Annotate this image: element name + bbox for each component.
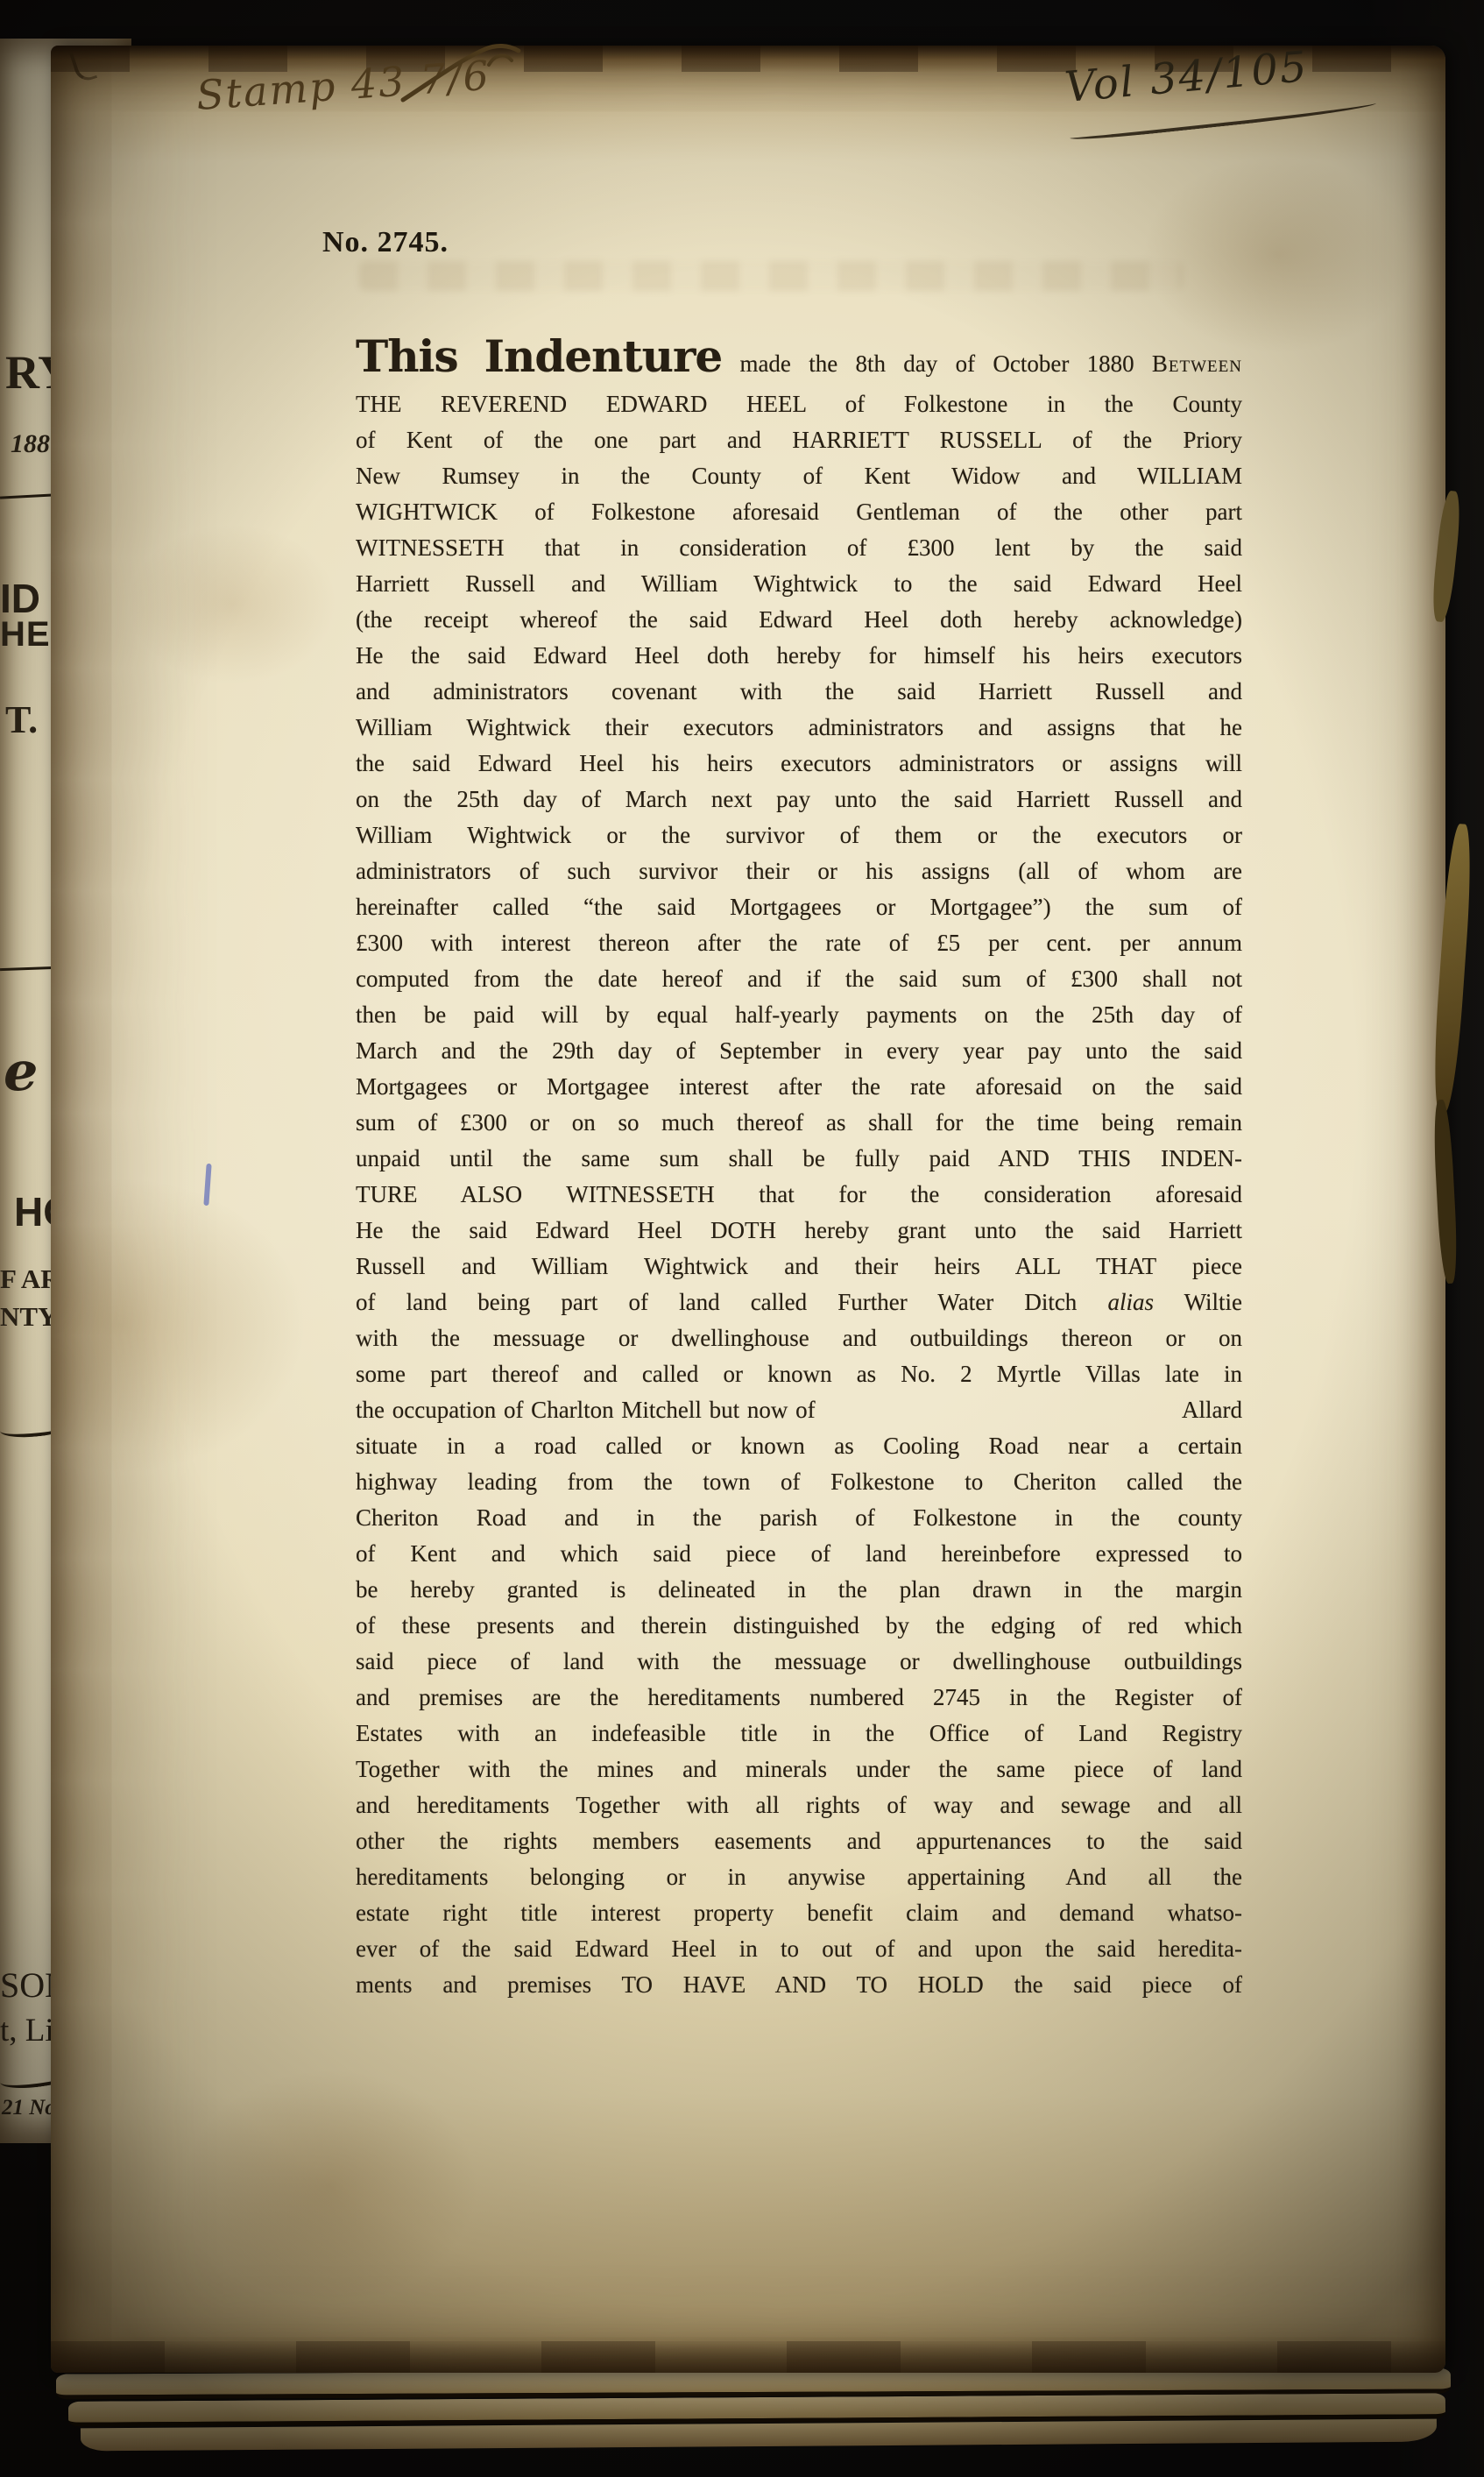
- deed-page: Stamp 43 7/6 Vol 34/105 No. 2745. This I…: [51, 46, 1445, 2373]
- fragment-rule: [0, 493, 54, 499]
- deed-text-segment: Between: [1152, 350, 1242, 377]
- deed-text-line: £300 with interest thereon after the rat…: [356, 925, 1242, 961]
- stamp-annotation-handwriting: Stamp 43 7/6: [182, 42, 603, 158]
- deed-text-line: William Wightwick their executors admini…: [356, 710, 1242, 746]
- deed-text-line: unpaid until the same sum shall be fully…: [356, 1141, 1242, 1177]
- deed-text-line: other the rights members easements and a…: [356, 1823, 1242, 1859]
- deed-text-line: of land being part of land called Furthe…: [356, 1285, 1242, 1320]
- deed-text-line: sum of £300 or on so much thereof as sha…: [356, 1105, 1242, 1141]
- deed-text-line: March and the 29th day of September in e…: [356, 1033, 1242, 1069]
- volume-annotation-text: Vol 34/105: [1063, 42, 1310, 112]
- showthrough-smudge: [359, 261, 1183, 291]
- deed-text-line: of Kent and which said piece of land her…: [356, 1536, 1242, 1572]
- page-bottom-burn: [51, 2341, 1445, 2373]
- deed-text-line: with the messuage or dwellinghouse and o…: [356, 1320, 1242, 1356]
- page-fragment: T.: [5, 697, 38, 742]
- deed-text-line: administrators of such survivor their or…: [356, 853, 1242, 889]
- deed-text-line: William Wightwick or the survivor of the…: [356, 817, 1242, 853]
- deed-text-line: the occupation of Charlton Mitchell but …: [356, 1392, 1242, 1428]
- deed-body: This Indenture made the 8th day of Octob…: [356, 332, 1242, 2003]
- deed-text-line: computed from the date hereof and if the…: [356, 961, 1242, 997]
- deed-text-line: Russell and William Wightwick and their …: [356, 1249, 1242, 1285]
- deed-text-line: This Indenture made the 8th day of Octob…: [356, 332, 1242, 386]
- volume-annotation-handwriting: Vol 34/105: [1055, 39, 1458, 161]
- deed-text-segment: Allard: [1182, 1392, 1242, 1428]
- deed-text-line: be hereby granted is delineated in the p…: [356, 1572, 1242, 1608]
- deed-text-line: Estates with an indefeasible title in th…: [356, 1716, 1242, 1752]
- deed-text-line: TURE ALSO WITNESSETH that for the consid…: [356, 1177, 1242, 1213]
- fragment-rule: [0, 966, 56, 971]
- deed-text-line: of Kent of the one part and HARRIETT RUS…: [356, 422, 1242, 458]
- deed-text-line: He the said Edward Heel DOTH hereby gran…: [356, 1213, 1242, 1249]
- deed-text-segment: made the 8th day of October 1880: [722, 350, 1152, 377]
- deed-text-line: Harriett Russell and William Wightwick t…: [356, 566, 1242, 602]
- deed-text-line: situate in a road called or known as Coo…: [356, 1428, 1242, 1464]
- deed-text-line: (the receipt whereof the said Edward Hee…: [356, 602, 1242, 638]
- deed-text-line: Cheriton Road and in the parish of Folke…: [356, 1500, 1242, 1536]
- deed-text-segment: Wiltie: [1154, 1289, 1242, 1315]
- deed-text-line: estate right title interest property ben…: [356, 1895, 1242, 1931]
- deed-text-line: some part thereof and called or known as…: [356, 1356, 1242, 1392]
- deed-text-line: hereinafter called “the said Mortgagees …: [356, 889, 1242, 925]
- deed-text-line: highway leading from the town of Folkest…: [356, 1464, 1242, 1500]
- deed-text-line: and premises are the hereditaments numbe…: [356, 1680, 1242, 1716]
- deed-text-line: New Rumsey in the County of Kent Widow a…: [356, 458, 1242, 494]
- deed-text-segment: the occupation of Charlton Mitchell but …: [356, 1392, 816, 1428]
- deed-text-line: hereditaments belonging or in anywise ap…: [356, 1859, 1242, 1895]
- deed-text-line: Together with the mines and minerals und…: [356, 1752, 1242, 1787]
- deed-text-line: on the 25th day of March next pay unto t…: [356, 782, 1242, 817]
- page-fragment: e: [4, 1039, 38, 1103]
- deed-text-segment: of land being part of land called Furthe…: [356, 1289, 1107, 1315]
- deed-text-line: and administrators covenant with the sai…: [356, 674, 1242, 710]
- deed-text-line: the said Edward Heel his heirs executors…: [356, 746, 1242, 782]
- deed-text-line: Mortgagees or Mortgagee interest after t…: [356, 1069, 1242, 1105]
- deed-text-line: ments and premises TO HAVE AND TO HOLD t…: [356, 1967, 1242, 2003]
- deed-text-line: then be paid will by equal half-yearly p…: [356, 997, 1242, 1033]
- deed-text-line: of these presents and therein distinguis…: [356, 1608, 1242, 1644]
- ink-flourish: [398, 39, 529, 109]
- deed-text-line: ever of the said Edward Heel in to out o…: [356, 1931, 1242, 1967]
- deed-text-line: said piece of land with the messuage or …: [356, 1644, 1242, 1680]
- deed-text-segment: alias: [1107, 1289, 1154, 1315]
- deed-text-line: and hereditaments Together with all righ…: [356, 1787, 1242, 1823]
- deed-number-heading: No. 2745.: [322, 226, 449, 259]
- deed-scan-root: RY1880ID (HERT.eHOUF ARNTY (SON,t, Liv21…: [0, 0, 1484, 2477]
- deed-text-line: WITNESSETH that in consideration of £300…: [356, 530, 1242, 566]
- deed-text-line: THE REVEREND EDWARD HEEL of Folkestone i…: [356, 386, 1242, 422]
- deed-text-segment: This Indenture: [356, 330, 722, 382]
- deed-text-line: WIGHTWICK of Folkestone aforesaid Gentle…: [356, 494, 1242, 530]
- deed-text-line: He the said Edward Heel doth hereby for …: [356, 638, 1242, 674]
